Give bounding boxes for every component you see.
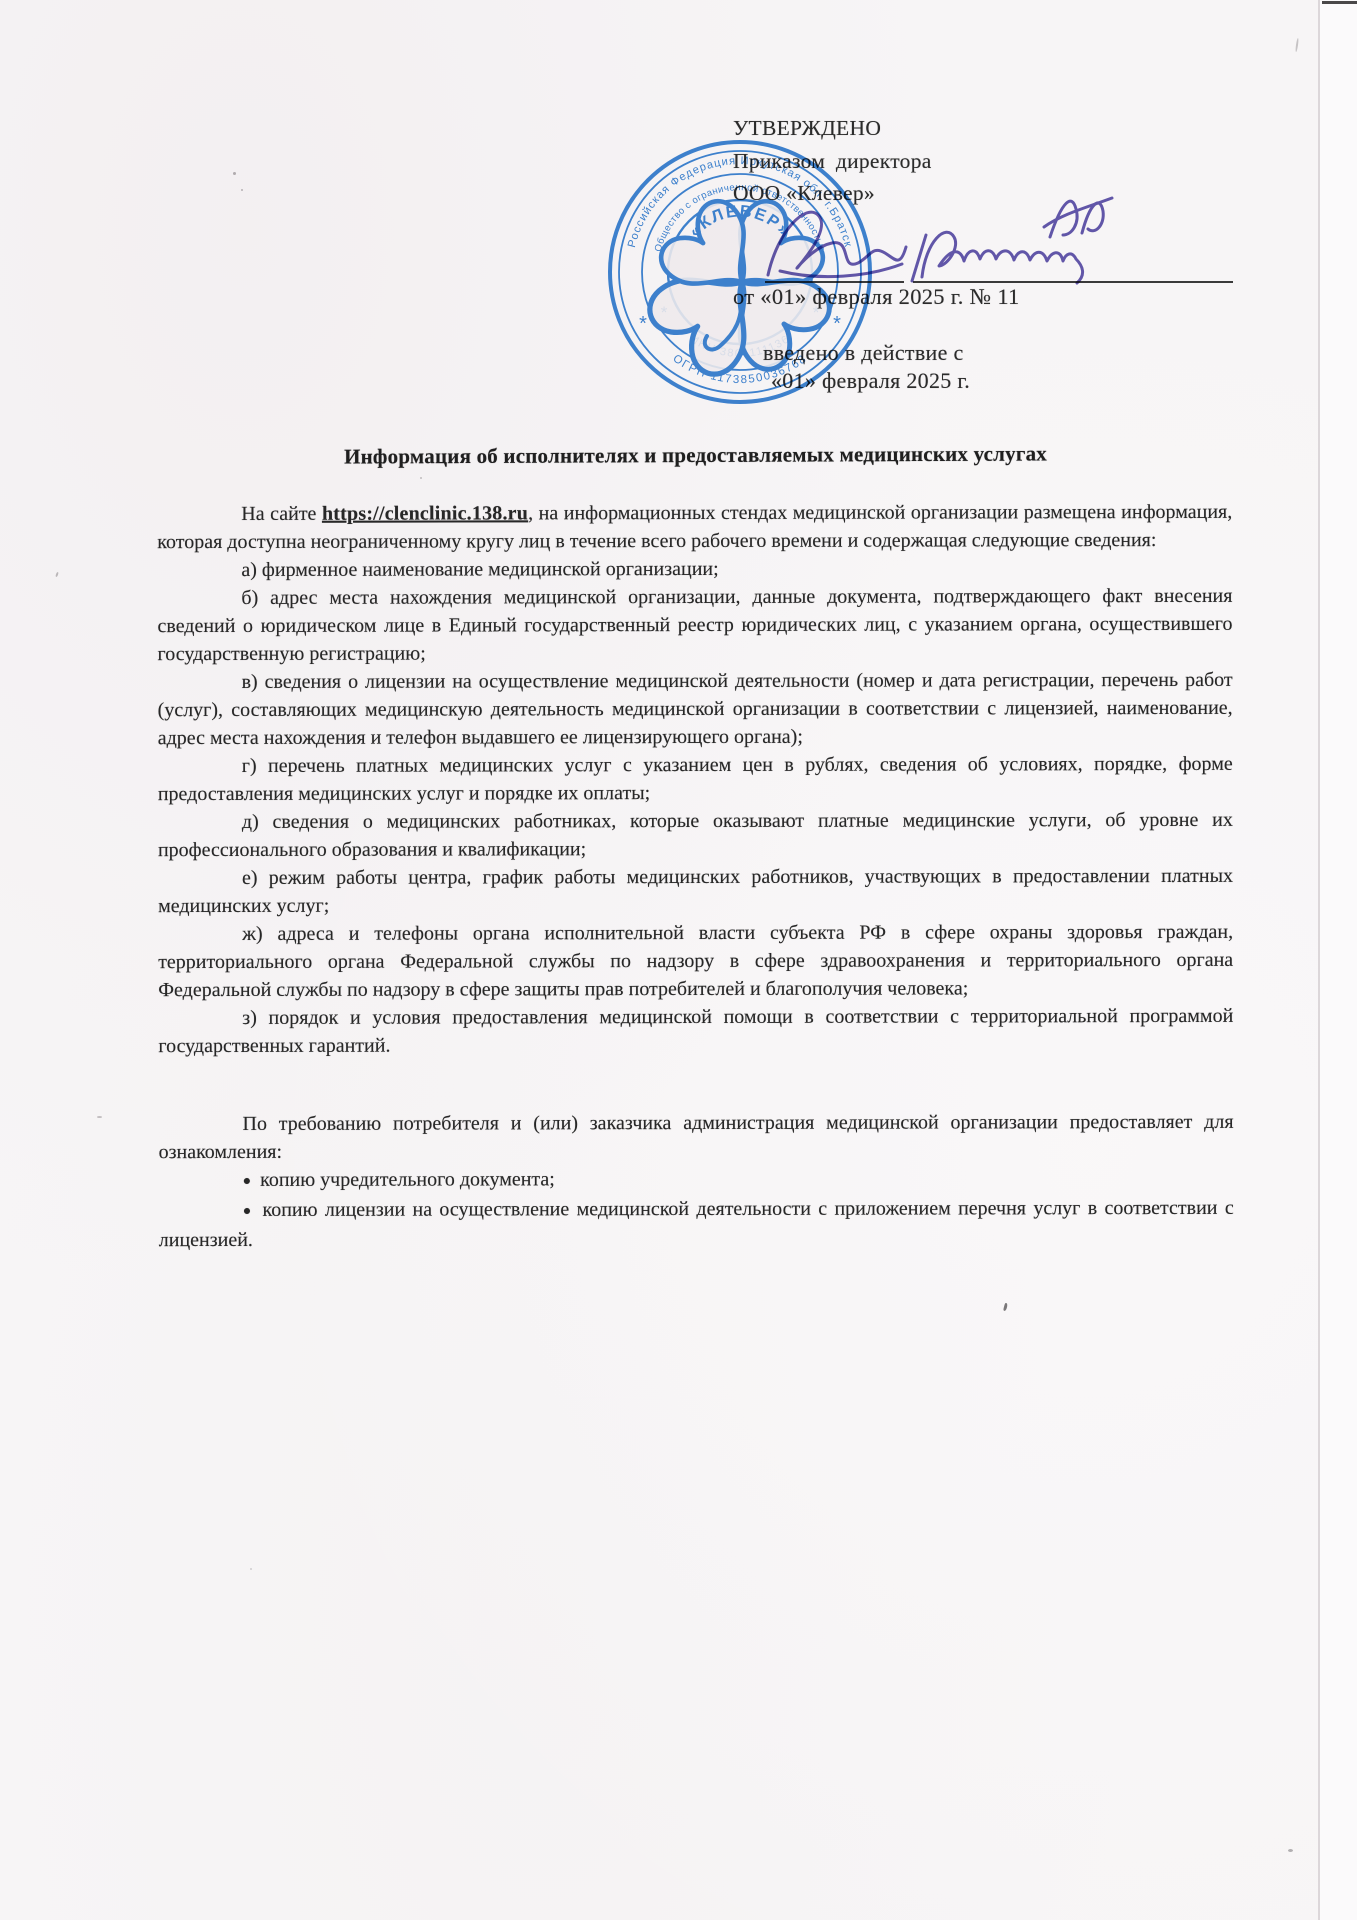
scan-speck (1288, 1849, 1293, 1852)
intro-paragraph: На сайте https://clenclinic.138.ru, на и… (157, 498, 1232, 556)
seal-star: * (833, 313, 841, 335)
scan-corner-mark (1322, 1, 1357, 4)
list-item-d: д) сведения о медицинских работниках, ко… (158, 806, 1233, 864)
scan-speck (233, 172, 236, 175)
bullet-text: копию лицензии на осуществление медицинс… (159, 1197, 1234, 1251)
scan-speck (97, 1116, 102, 1118)
request-paragraph: По требованию потребителя и (или) заказч… (158, 1108, 1233, 1166)
page-title: Информация об исполнителях и предоставля… (158, 441, 1233, 471)
document-body: На сайте https://clenclinic.138.ru, на и… (157, 498, 1234, 1254)
scan-speck (241, 189, 243, 191)
scan-speck (1003, 1303, 1008, 1311)
list-item-zh: ж) адреса и телефоны органа исполнительн… (158, 918, 1233, 1004)
list-item-e: е) режим работы центра, график работы ме… (158, 862, 1233, 920)
scan-speck (250, 1568, 252, 1570)
signature-handwriting (720, 185, 1240, 295)
signature-slash (912, 235, 926, 281)
scanned-document-page: УТВЕРЖДЕНО Приказом директора ООО «Клеве… (0, 0, 1357, 1920)
list-item-a: а) фирменное наименование медицинской ор… (157, 554, 1232, 584)
site-link: https://clenclinic.138.ru (322, 502, 528, 524)
list-item-v: в) сведения о лицензии на осуществление … (158, 666, 1233, 752)
list-item-z: з) порядок и условия предоставления меди… (158, 1002, 1233, 1060)
bullet-item: ●копию учредительного документа; (159, 1164, 1234, 1196)
bullet-icon: ● (243, 1204, 263, 1219)
seal-star: * (639, 313, 647, 335)
page-edge-line (1318, 0, 1320, 1920)
scan-speck (1295, 38, 1299, 52)
list-item-g: г) перечень платных медицинских услуг с … (158, 750, 1233, 808)
scan-speck (420, 477, 422, 479)
signature-scribble (768, 212, 906, 275)
bullet-item: ●копию лицензии на осуществление медицин… (159, 1194, 1234, 1254)
bullet-text: копию учредительного документа; (260, 1168, 555, 1191)
signature-surname (922, 232, 1083, 283)
bullet-icon: ● (243, 1174, 261, 1189)
scan-edge-strip (1320, 0, 1357, 1920)
list-item-b: б) адрес места нахождения медицинской ор… (157, 582, 1232, 668)
scan-speck (55, 572, 59, 577)
intro-prefix: На сайте (241, 503, 322, 525)
